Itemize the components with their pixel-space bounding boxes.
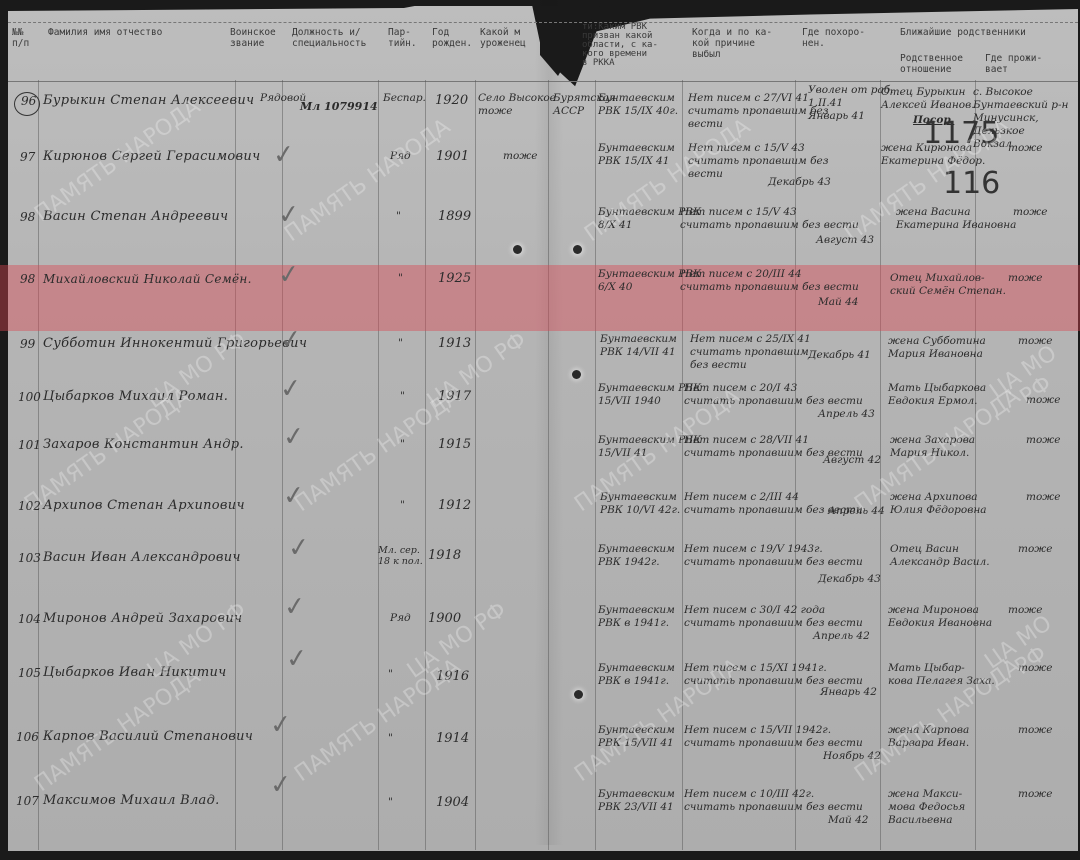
check-mark-icon: ✓	[281, 480, 306, 512]
relation: жена Субботина Мария Ивановна	[888, 335, 986, 361]
drafted-by: Бунтаевским РВК 10/VI 42г.	[600, 491, 680, 517]
check-mark-icon: ✓	[278, 324, 303, 356]
punch-hole	[572, 370, 581, 379]
when-left: Нет писем с 30/I 42 года считать пропавш…	[684, 604, 863, 630]
header-num: №№ п/п	[10, 27, 38, 49]
birth-year: 1925	[438, 272, 471, 286]
full-name: Миронов Андрей Захарович	[43, 612, 242, 626]
punch-hole	[513, 245, 522, 254]
relation: Отец Васин Александр Васил.	[890, 543, 990, 569]
punch-hole	[574, 690, 583, 699]
check-mark-icon: ✓	[271, 139, 296, 171]
drafted-by: Бунтаевским РВК 15/IX 41	[598, 142, 675, 168]
check-mark-icon: ✓	[278, 373, 303, 405]
full-name: Максимов Михаил Влад.	[43, 794, 220, 808]
check-mark-icon: ✓	[286, 532, 311, 564]
check-mark-icon: ✓	[268, 769, 293, 801]
rank: "	[400, 438, 405, 451]
column-divider	[378, 80, 379, 850]
birth-year: 1918	[428, 549, 461, 563]
relation: Отец Бурыкин Алексей Иванов.	[881, 86, 975, 112]
check-mark-icon: ✓	[281, 421, 306, 453]
address: тоже	[1018, 335, 1052, 348]
relation: жена Карпова Варвара Иван.	[888, 724, 969, 750]
when-left-note: Апрель 43	[818, 408, 875, 421]
rank: "	[388, 668, 393, 681]
column-divider	[425, 80, 426, 850]
header-relatives: Ближайшие родственники	[898, 27, 1078, 38]
when-left-note: Май 42	[828, 814, 868, 827]
rank: "	[388, 732, 393, 745]
full-name: Васин Степан Андреевич	[43, 210, 228, 224]
rank: "	[400, 390, 405, 403]
check-mark-icon: ✓	[276, 199, 301, 231]
header-relation: Родственное отношение	[898, 53, 988, 75]
when-left-note: Декабрь 41	[808, 349, 871, 362]
full-name: Цыбарков Михаил Роман.	[43, 390, 228, 404]
rank: "	[398, 337, 403, 350]
relation: Мать Цыбар- кова Пелагея Заха.	[888, 662, 995, 688]
drafted-by: Бунтаевским РВК 14/VII 41	[600, 333, 677, 359]
when-left-note: Январь 42	[820, 686, 877, 699]
address: тоже	[1008, 142, 1042, 155]
check-mark-icon: ✓	[284, 643, 309, 675]
header-when-left: Когда и по ка- кой причине выбыл	[690, 27, 800, 60]
row-number: 101	[18, 438, 41, 452]
when-left-note: Декабрь 43	[768, 176, 831, 189]
row-number: 107	[16, 794, 39, 808]
row-number: 103	[18, 551, 41, 565]
when-left-note: Август 43	[816, 234, 874, 247]
full-name: Васин Иван Александрович	[43, 551, 241, 565]
party: Беспар.	[383, 92, 426, 105]
relation: жена Миронова Евдокия Ивановна	[888, 604, 992, 630]
drafted-by: Бунтаевским РВК 1942г.	[598, 543, 675, 569]
column-divider	[682, 80, 683, 850]
relation: жена Васина Екатерина Ивановна	[896, 206, 1016, 232]
drafted-by: Бунтаевским РВК 15/IX 40г.	[598, 92, 678, 118]
row-number: 97	[20, 150, 35, 164]
address: тоже	[1026, 394, 1060, 407]
rank: "	[398, 272, 403, 285]
birth-year: 1904	[436, 796, 469, 810]
column-divider	[595, 80, 596, 850]
header-position: Должность и/ специальность	[290, 27, 390, 49]
check-mark-icon: ✓	[276, 259, 301, 291]
when-left-note: Май 44	[818, 296, 858, 309]
relation: Мать Цыбаркова Евдокия Ермол.	[888, 382, 986, 408]
rank: Ряд	[390, 612, 411, 625]
drafted-by: Бунтаевским РВК в 1941г.	[598, 604, 675, 630]
column-divider	[475, 80, 476, 850]
full-name: Михайловский Николай Семён.	[43, 272, 252, 286]
relation: жена Архипова Юлия Фёдоровна	[890, 491, 987, 517]
when-left: Нет писем с 15/V 43 считать пропавшим бе…	[680, 206, 859, 232]
full-name: Карпов Василий Степанович	[43, 730, 253, 744]
drafted-by: Бунтаевским РВК 23/VII 41	[598, 788, 675, 814]
header-native: Какой м уроженец	[478, 27, 548, 49]
address: тоже	[1018, 662, 1052, 675]
when-left: Нет писем с 20/I 43 считать пропавшим бе…	[684, 382, 863, 408]
when-left-note: Апрель 44	[828, 505, 885, 518]
birth-year: 1912	[438, 499, 471, 513]
birth-year: 1900	[428, 612, 461, 626]
full-name: Цыбарков Иван Никитич	[43, 666, 227, 680]
column-divider	[548, 80, 549, 850]
full-name: Захаров Константин Андр.	[43, 438, 244, 452]
relation: жена Макси- мова Федосья Васильевна	[888, 788, 965, 827]
when-left: Нет писем с 15/XI 1941г. считать пропавш…	[684, 662, 863, 688]
rank: "	[388, 796, 393, 809]
native-place: Село Высокое тоже	[478, 92, 556, 118]
when-left: Нет писем с 10/III 42г. считать пропавши…	[684, 788, 863, 814]
full-name: Архипов Степан Архипович	[43, 499, 245, 513]
birth-year: 1915	[438, 438, 471, 452]
when-left-note: Апрель 42	[813, 630, 870, 643]
row-number: 104	[18, 612, 41, 626]
header-birth-year: Год рожден.	[430, 27, 480, 49]
row-number: 98	[20, 210, 35, 224]
check-mark-icon: ✓	[282, 591, 307, 623]
relation: жена Захарова Мария Никол.	[890, 434, 975, 460]
table-header: №№ п/п Фамилия имя отчество Воинское зва…	[8, 22, 1078, 82]
rank: Ряд	[390, 150, 411, 163]
address: тоже	[1013, 206, 1047, 219]
check-mark-icon: ✓	[268, 709, 293, 741]
address: тоже	[1026, 434, 1060, 447]
when-left-note: Ноябрь 42	[823, 750, 881, 763]
row-number: 106	[16, 730, 39, 744]
birth-year: 1913	[438, 337, 471, 351]
header-buried: Где похоро- нен.	[800, 27, 885, 49]
birth-year: 1899	[438, 210, 471, 224]
row-number: 99	[20, 337, 35, 351]
row-number: 96	[21, 94, 36, 108]
drafted-by: Бунтаевским РВК в 1941г.	[598, 662, 675, 688]
drafted-by: Бунтаевским РВК 15/VII 41	[598, 724, 675, 750]
full-name: Субботин Иннокентий Григорьевич	[43, 337, 307, 351]
row-number: 98	[20, 272, 35, 286]
archive-mark: 116	[943, 166, 1000, 201]
birth-year: 1920	[435, 94, 468, 108]
rank: "	[396, 210, 401, 223]
header-drafted: ти:Каким РВК призван какой области, с ка…	[580, 23, 690, 68]
address: тоже	[1018, 788, 1052, 801]
full-name: Кирюнов Сергей Герасимович	[43, 150, 260, 164]
header-fio: Фамилия имя отчество	[46, 27, 236, 38]
header-address: Где прожи- вает	[983, 53, 1073, 75]
when-left-note: Август 42	[823, 454, 881, 467]
birth-year: 1914	[436, 732, 469, 746]
address: тоже	[1008, 272, 1042, 285]
birth-year: 1917	[438, 390, 471, 404]
relation: Отец Михайлов- ский Семён Степан.	[890, 272, 1006, 298]
when-left-note: Декабрь 43	[818, 573, 881, 586]
when-left: Нет писем с 15/VII 1942г. считать пропав…	[684, 724, 863, 750]
rank: Мл. сер. 18 к пол.	[378, 545, 423, 567]
row-number: 102	[18, 499, 41, 513]
birth-year: 1916	[436, 670, 469, 684]
header-rank: Воинское звание	[228, 27, 288, 49]
address: тоже	[1008, 604, 1042, 617]
address: тоже	[1018, 724, 1052, 737]
address: тоже	[1026, 491, 1060, 504]
row-number: 105	[18, 666, 41, 680]
address: тоже	[1018, 543, 1052, 556]
full-name: Бурыкин Степан Алексеевич	[43, 94, 254, 108]
row-number: 100	[18, 390, 41, 404]
when-left: Нет писем с 20/III 44 считать пропавшим …	[680, 268, 859, 294]
position: Мл 1079914	[300, 100, 378, 114]
birth-year: 1901	[436, 150, 469, 164]
header-party: Пар- тийн.	[386, 27, 431, 49]
when-left: Нет писем с 25/IX 41 считать пропавшим б…	[690, 333, 811, 372]
relation: жена Кирюнова Екатерина Фёдор.	[881, 142, 985, 168]
when-left: Нет писем с 19/V 1943г. считать пропавши…	[684, 543, 863, 569]
page-fold	[535, 0, 563, 845]
rank: "	[400, 499, 405, 512]
native-place: тоже	[503, 150, 537, 163]
punch-hole	[573, 245, 582, 254]
